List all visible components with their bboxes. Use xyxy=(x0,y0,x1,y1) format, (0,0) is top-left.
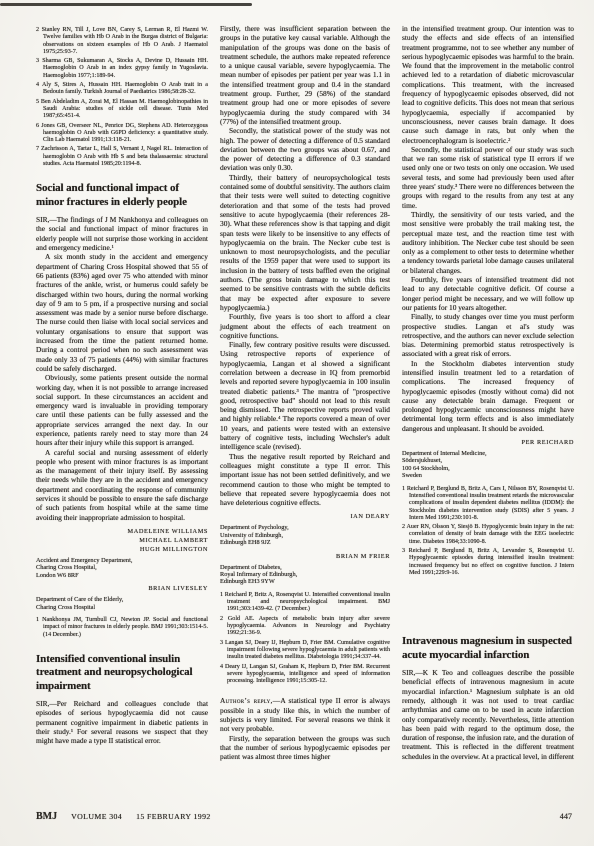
reference-item: 3 Langan SJ, Deary IJ, Hepburn D, Frier … xyxy=(220,640,390,662)
letter-paragraph: SIR,—The findings of J M Nankhonya and c… xyxy=(36,215,208,252)
author-address: Accident and Emergency Department, Chari… xyxy=(36,557,208,579)
author-signature: IAN DEARY xyxy=(220,513,390,521)
letter-title-minor-fractures: Social and functional impact of minor fr… xyxy=(36,182,208,209)
column-right: in the intensified treatment group. Our … xyxy=(402,24,574,761)
author-address: Department of Diabetes, Royal Infirmary … xyxy=(220,564,390,586)
author-address: Department of Internal Medicine, Södersj… xyxy=(402,450,574,480)
letter-paragraph: Thirdly, the sensitivity of our tests va… xyxy=(402,210,574,275)
letter-title-magnesium: Intravenous magnesium in suspected acute… xyxy=(402,635,574,662)
author-signature: HUGH MILLINGTON xyxy=(36,546,208,554)
reference-item: 5 Ben Abdeladim A, Zorai M, El Hassan M.… xyxy=(36,99,208,121)
reference-item: 4 Aly S, Stires A, Hussain HH. Haemoglob… xyxy=(36,82,208,97)
authors-reply-paragraph: Authorʼs reply,—A statistical type II er… xyxy=(220,696,390,733)
page-footer: BMJVOLUME 30415 FEBRUARY 1992 447 xyxy=(36,811,572,822)
letter-paragraph: Finally, few contrary positive results w… xyxy=(220,340,390,452)
letter-title-insulin: Intensified conventional insulin treatme… xyxy=(36,653,208,693)
reference-item: 4 Deary IJ, Langan SJ, Graham K, Hepburn… xyxy=(220,664,390,686)
author-signature: BRIAN M FRIER xyxy=(220,553,390,561)
page-number: 447 xyxy=(560,812,572,821)
reference-item: 1 Reichard P, Berglund B, Britz A, Cars … xyxy=(402,486,574,522)
reference-item: 2 Auer RN, Olsson Y, Siesjö B. Hypoglyce… xyxy=(402,524,574,546)
author-signature: PER REICHARD xyxy=(402,439,574,447)
reference-item: 7 Zachrisson A, Tartar L, Hall S, Vernan… xyxy=(36,146,208,168)
letter-paragraph: Fourthly, five years is too short to aff… xyxy=(220,312,390,340)
letter-paragraph: Fourthly, five years of intensified trea… xyxy=(402,275,574,312)
author-signature: BRIAN LIVESLEY xyxy=(36,585,208,593)
reference-item: 6 Jones GB, Overseer NL, Penrice DG, Ste… xyxy=(36,123,208,145)
column-left: 2 Stanley RN, Till J, Love BN, Carey S, … xyxy=(36,24,208,746)
reference-item: 1 Nankhonya JM, Turnbull CJ, Newton JP. … xyxy=(36,617,208,639)
column-middle: Firstly, there was insufficient separati… xyxy=(220,24,390,762)
journal-footer-info: BMJVOLUME 30415 FEBRUARY 1992 xyxy=(36,811,211,822)
reference-list: 1 Nankhonya JM, Turnbull CJ, Newton JP. … xyxy=(36,617,208,639)
letter-paragraph: A six month study in the accident and em… xyxy=(36,252,208,373)
letter-paragraph: SIR,—K K Teo and colleagues describe the… xyxy=(402,668,574,761)
letter-paragraph: Secondly, the statistical power of our s… xyxy=(402,145,574,210)
letter-paragraph: SIR,—Per Reichard and colleagues conclud… xyxy=(36,699,208,745)
reference-item: 3 Reichard P, Berglund B, Britz A, Levan… xyxy=(402,548,574,577)
author-signature: MICHAEL LAMBERT xyxy=(36,537,208,545)
letter-paragraph: A careful social and nursing assessment … xyxy=(36,448,208,522)
reference-item: 2 Gold AE. Aspects of metabolic brain in… xyxy=(220,616,390,638)
reference-item: 3 Sharma GB, Sukumaran A, Stocks A, Devi… xyxy=(36,58,208,80)
letter-paragraph: Firstly, there was insufficient separati… xyxy=(220,24,390,126)
journal-name: BMJ xyxy=(36,811,57,822)
author-signature: MADELEINE WILLIAMS xyxy=(36,528,208,536)
letter-paragraph: Secondly, the statistical power of the s… xyxy=(220,126,390,172)
letter-paragraph: Finally, to study changes over time you … xyxy=(402,312,574,358)
letter-paragraph: Thirdly, their battery of neuropsycholog… xyxy=(220,173,390,312)
letter-paragraph: Obviously, some patients present outside… xyxy=(36,373,208,447)
reference-item: 2 Stanley RN, Till J, Love BN, Carey S, … xyxy=(36,27,208,56)
letter-paragraph: In the Stockholm diabetes intervention s… xyxy=(402,359,574,433)
journal-page: 2 Stanley RN, Till J, Love BN, Carey S, … xyxy=(0,0,594,846)
authors-reply-paragraph: Firstly, the separation between the grou… xyxy=(220,734,390,762)
author-address: Department of Psychology, University of … xyxy=(220,524,390,546)
letter-paragraph: in the intensified treatment group. Our … xyxy=(402,24,574,145)
reference-item: 1 Reichard P, Britz A, Rosenqvist U. Int… xyxy=(220,592,390,614)
author-address: Department of Care of the Elderly, Chari… xyxy=(36,596,208,611)
volume-label: VOLUME 304 xyxy=(71,812,122,821)
reference-list: 1 Reichard P, Berglund B, Britz A, Cars … xyxy=(402,486,574,578)
scan-artifact-line xyxy=(0,3,252,6)
reference-list: 1 Reichard P, Britz A, Rosenqvist U. Int… xyxy=(220,592,390,686)
authors-reply-label: Authorʼs reply,— xyxy=(220,696,280,705)
issue-date: 15 FEBRUARY 1992 xyxy=(136,812,211,821)
letter-paragraph: Thus the negative result reported by Rei… xyxy=(220,452,390,508)
reference-list-top: 2 Stanley RN, Till J, Love BN, Carey S, … xyxy=(36,27,208,168)
